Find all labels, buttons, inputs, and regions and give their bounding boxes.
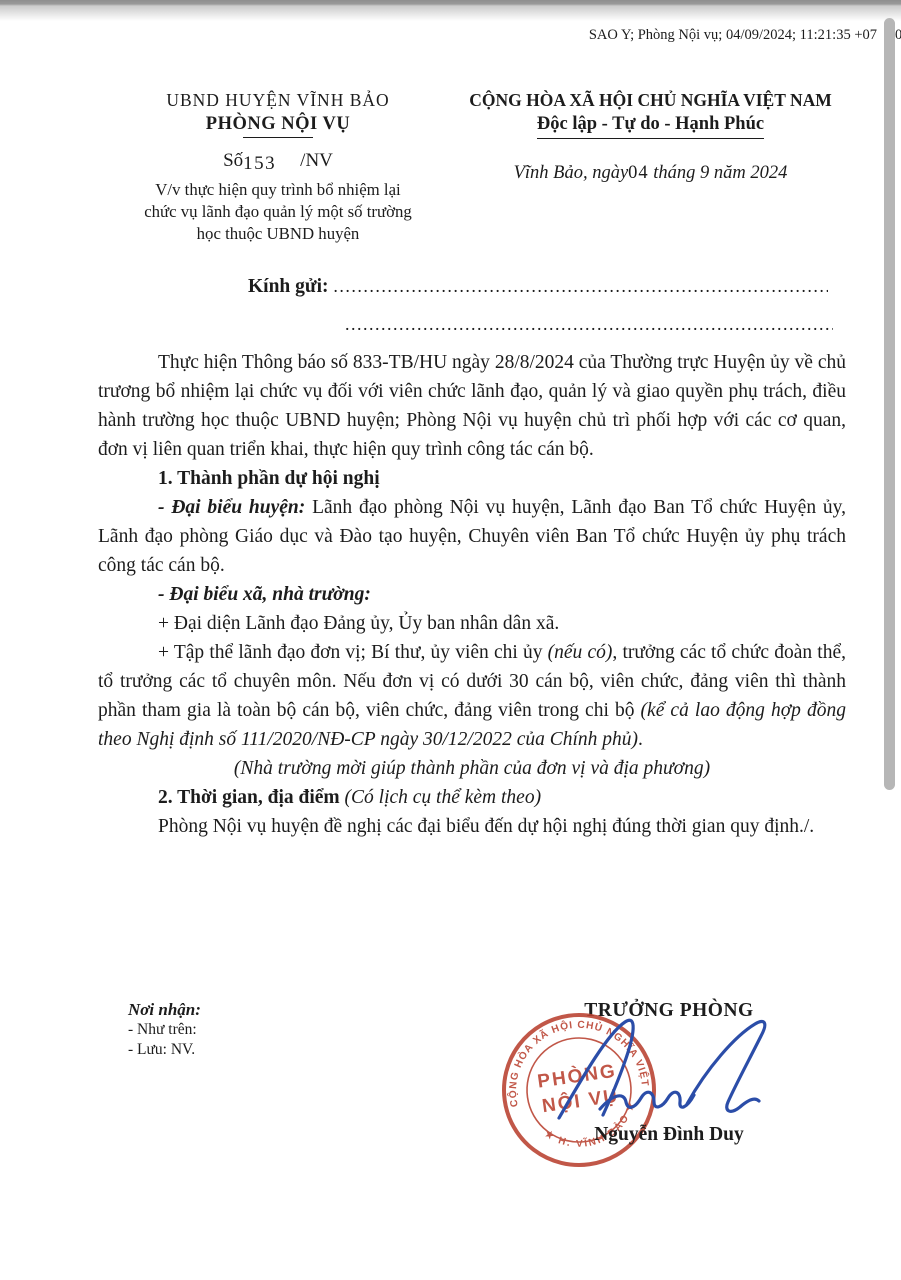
document-body: Thực hiện Thông báo số 833-TB/HU ngày 28…: [98, 348, 846, 841]
unit-staff-a: + Tập thể lãnh đạo đơn vị; Bí thư, ủy vi…: [158, 642, 548, 663]
district-delegates-lead: - Đại biểu huyện:: [158, 497, 312, 518]
subject-line-3: học thuộc UBND huyện: [88, 223, 468, 245]
paragraph-district-delegates: - Đại biểu huyện: Lãnh đạo phòng Nội vụ …: [98, 493, 846, 580]
recipient-line: Kính gửi: ..............................…: [248, 276, 828, 298]
noi-nhan-label: Nơi nhận:: [128, 1000, 201, 1020]
document-subject: V/v thực hiện quy trình bổ nhiệm lại chứ…: [88, 179, 468, 245]
place-date-prefix: Vĩnh Bảo, ngày: [514, 163, 629, 183]
vertical-scrollbar-thumb[interactable]: [884, 18, 895, 790]
org-underline: [243, 137, 313, 138]
unit-staff-note-1: (nếu có): [548, 642, 613, 663]
paragraph-commune-leaders: + Đại diện Lãnh đạo Đảng ủy, Ủy ban nhân…: [98, 609, 846, 638]
paragraph-intro: Thực hiện Thông báo số 833-TB/HU ngày 28…: [98, 348, 846, 464]
document-number: 153: [243, 153, 276, 174]
noi-nhan-item-2: - Lưu: NV.: [128, 1040, 201, 1060]
digital-copy-stamp-line: SAO Y; Phòng Nội vụ; 04/09/2024; 11:21:3…: [589, 27, 877, 44]
section-2-heading-note: (Có lịch cụ thể kèm theo): [345, 787, 542, 808]
section-2-heading-bold: 2. Thời gian, địa điểm: [158, 787, 345, 808]
national-motto: Độc lập - Tự do - Hạnh Phúc: [537, 114, 764, 139]
paragraph-closing: Phòng Nội vụ huyện đề nghị các đại biểu …: [98, 812, 846, 841]
parent-org-name: UBND HUYỆN VĨNH BẢO: [88, 90, 468, 111]
org-name: PHÒNG NỘI VỤ: [88, 114, 468, 135]
paragraph-unit-staff: + Tập thể lãnh đạo đơn vị; Bí thư, ủy vi…: [98, 638, 846, 754]
handwritten-signature: [545, 1008, 795, 1128]
recipient-line-2: ........................................…: [345, 314, 833, 335]
recipient-label: Kính gửi:: [248, 276, 333, 297]
letterhead-national-motto: CỘNG HÒA XÃ HỘI CHỦ NGHĨA VIỆT NAM Độc l…: [428, 90, 873, 184]
recipients-footer-block: Nơi nhận: - Như trên: - Lưu: NV.: [128, 1000, 201, 1060]
place-and-date-line: Vĩnh Bảo, ngày04 tháng 9 năm 2024: [428, 163, 873, 184]
paragraph-invite-note: (Nhà trường mời giúp thành phần của đơn …: [98, 754, 846, 783]
document-number-line: Số153/NV: [88, 150, 468, 172]
unit-staff-end: .: [638, 729, 643, 750]
letterhead-issuing-org: UBND HUYỆN VĨNH BẢO PHÒNG NỘI VỤ Số153/N…: [88, 90, 468, 245]
clipped-text-fragment: 0: [895, 27, 901, 44]
date-day-stamped: 04: [628, 163, 649, 183]
national-title: CỘNG HÒA XÃ HỘI CHỦ NGHĨA VIỆT NAM: [428, 90, 873, 111]
section-2-heading: 2. Thời gian, địa điểm (Có lịch cụ thể k…: [98, 783, 846, 812]
paragraph-commune-delegates-heading: - Đại biểu xã, nhà trường:: [98, 580, 846, 609]
number-suffix: /NV: [300, 150, 333, 171]
number-prefix: Số: [223, 150, 243, 171]
page-top-edge-shadow: [0, 0, 901, 22]
recipient-dotted-line-2: ........................................…: [345, 314, 833, 334]
place-date-suffix: tháng 9 năm 2024: [649, 163, 788, 183]
signer-name: Nguyễn Đình Duy: [558, 1124, 780, 1146]
subject-line-2: chức vụ lãnh đạo quản lý một số trường: [88, 201, 468, 223]
recipient-dotted-line-1: ........................................…: [333, 276, 828, 296]
noi-nhan-item-1: - Như trên:: [128, 1020, 201, 1040]
scanned-document-page: SAO Y; Phòng Nội vụ; 04/09/2024; 11:21:3…: [0, 0, 901, 1280]
subject-line-1: V/v thực hiện quy trình bổ nhiệm lại: [88, 179, 468, 201]
section-1-heading: 1. Thành phần dự hội nghị: [98, 464, 846, 493]
